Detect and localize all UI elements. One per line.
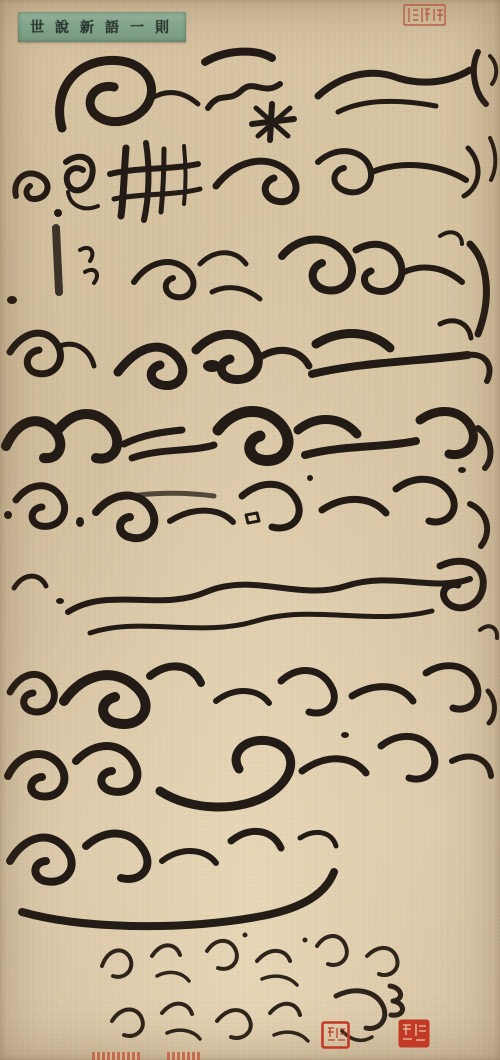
artist-seal-solid-icon bbox=[398, 1019, 430, 1048]
main-text-brushstrokes bbox=[4, 52, 497, 927]
bottom-edge-partial-seal-right bbox=[167, 1052, 200, 1060]
collector-seal-icon bbox=[403, 4, 446, 26]
calligraphy-scroll-photo: 世說新語一則 bbox=[0, 0, 500, 1060]
artist-seal-outline-icon bbox=[321, 1021, 350, 1049]
signature-brushstrokes bbox=[102, 933, 403, 1042]
bottom-edge-partial-seal-left bbox=[92, 1052, 140, 1060]
title-label-text: 世說新語一則 bbox=[18, 20, 180, 34]
calligraphy-artwork bbox=[0, 0, 500, 1060]
title-label-strip: 世說新語一則 bbox=[18, 12, 186, 42]
